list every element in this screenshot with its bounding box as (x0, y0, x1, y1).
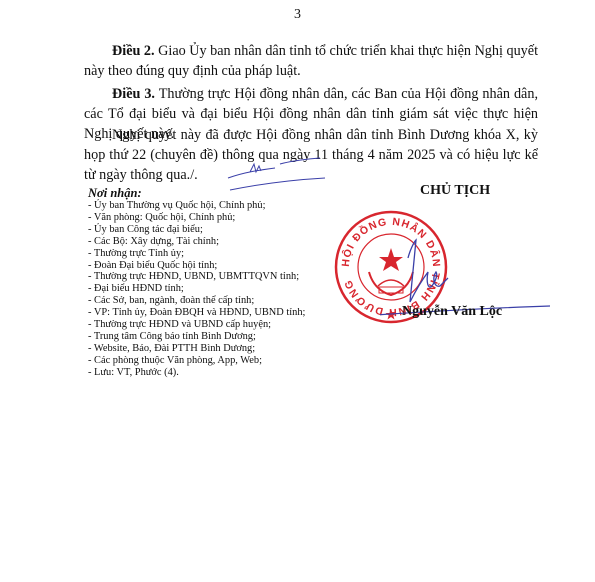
article-3-label: Điều 3. (112, 86, 155, 102)
recipient-item: - Văn phòng: Quốc hội, Chính phủ; (88, 212, 305, 224)
recipient-item: - Thường trực HĐND, UBND, UBMTTQVN tỉnh; (88, 271, 305, 283)
recipient-item: - Ủy ban Công tác đại biểu; (88, 224, 305, 236)
recipient-item: - Các phòng thuộc Văn phòng, App, Web; (88, 355, 305, 367)
recipient-item: - Lưu: VT, Phước (4). (88, 367, 305, 379)
recipient-item: - Các Bộ: Xây dựng, Tài chính; (88, 236, 305, 248)
recipient-item: - Đại biểu HĐND tỉnh; (88, 283, 305, 295)
recipient-item: - Ủy ban Thường vụ Quốc hội, Chính phủ; (88, 200, 305, 212)
recipient-item: - VP: Tỉnh ủy, Đoàn ĐBQH và HĐND, UBND t… (88, 307, 305, 319)
page-number: 3 (0, 7, 595, 23)
recipient-item: - Các Sở, ban, ngành, đoàn thể cấp tỉnh; (88, 295, 305, 307)
signer-title: CHỦ TỊCH (420, 183, 490, 199)
article-2: Điều 2. Giao Ủy ban nhân dân tỉnh tổ chứ… (84, 41, 538, 81)
recipient-item: - Thường trực HĐND và UBND cấp huyện; (88, 319, 305, 331)
recipients-title: Nơi nhận: (88, 186, 305, 200)
recipients-list: Nơi nhận: - Ủy ban Thường vụ Quốc hội, C… (88, 186, 305, 379)
signer-name: Nguyễn Văn Lộc (402, 304, 502, 320)
recipient-item: - Trung tâm Công báo tỉnh Bình Dương; (88, 331, 305, 343)
recipient-item: - Website, Báo, Đài PTTH Bình Dương; (88, 343, 305, 355)
recipient-item: - Thường trực Tỉnh ủy; (88, 248, 305, 260)
article-2-label: Điều 2. (112, 43, 155, 59)
recipient-item: - Đoàn Đại biểu Quốc hội tỉnh; (88, 260, 305, 272)
